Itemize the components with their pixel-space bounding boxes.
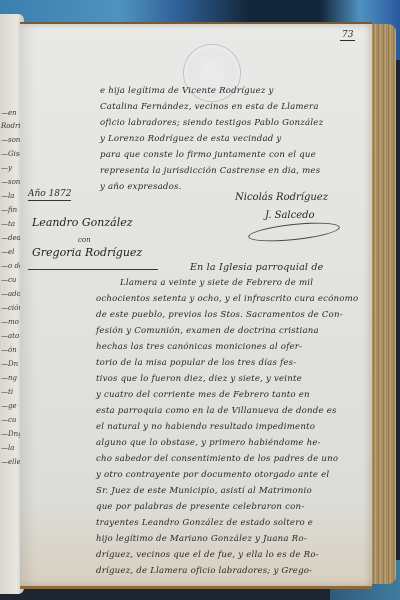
text-line: y año expresados. (100, 182, 182, 192)
folio-number: 73 (340, 30, 355, 41)
text-line: tivos que lo fueron diez, diez y siete, … (96, 374, 302, 384)
signature-second: J. Salcedo (265, 210, 315, 221)
margin-year: Año 1872 (28, 189, 71, 201)
text-line: Catalina Fernández, vecinos en esta de L… (100, 102, 319, 112)
text-line: el natural y no habiendo resultado imped… (96, 422, 315, 432)
margin-conjunction: con (78, 236, 91, 244)
left-page-fragment: —ón (1, 346, 17, 354)
signature-first: Nicolás Rodríguez (235, 192, 328, 203)
left-page-fragment: —ded (1, 234, 21, 242)
register-page: 73 e hija legítima de Vicente Rodríguez … (20, 22, 372, 589)
text-line: hijo legítimo de Mariano González y Juan… (96, 534, 307, 544)
text-line: trayentes Leandro González de estado sol… (96, 518, 313, 528)
left-page-fragment: —ado (1, 290, 21, 298)
left-page-fragment: —ge (1, 402, 17, 410)
text-line: En la Iglesia parroquial de (190, 262, 324, 273)
text-line: cho sabedor del consentimiento de los pa… (96, 454, 338, 464)
left-page-fragment: —Dn (1, 360, 18, 368)
left-page-fragment: —ta (1, 220, 15, 228)
left-page-fragment: —ato (1, 332, 19, 340)
left-page-fragment: —la (1, 192, 14, 200)
text-line: y cuatro del corriente mes de Febrero ta… (96, 390, 310, 400)
left-page-fragment: —en (1, 109, 17, 117)
text-line: ochocientos setenta y ocho, y el infrasc… (96, 294, 358, 304)
left-page-fragment: —mo (1, 318, 19, 326)
margin-bride-name: Gregoria Rodríguez (32, 246, 142, 259)
text-line: Sr. Juez de este Municipio, asistí al Ma… (96, 486, 312, 496)
left-page-fragment: —cu (1, 276, 16, 284)
text-line: y otro contrayente por documento otorgad… (96, 470, 329, 480)
left-page-fragment: —la (1, 444, 14, 452)
left-page-fragment: —fin (1, 206, 17, 214)
text-line: torio de la misa popular de los tres día… (96, 358, 296, 368)
text-line: esta parroquia como en la de Villanueva … (96, 406, 337, 416)
text-line: oficio labradores; siendo testigos Pablo… (100, 118, 323, 128)
text-line: que por palabras de presente celebraron … (96, 502, 304, 512)
left-page-fragment: —son (1, 178, 20, 186)
text-line: dríguez, vecinos que el de fue, y ella l… (96, 550, 319, 560)
text-line: de este pueblo, previos los Stos. Sacram… (96, 310, 343, 320)
margin-groom-name: Leandro González (32, 216, 133, 229)
signature-flourish (247, 219, 340, 245)
text-line: e hija legítima de Vicente Rodríguez y (100, 86, 274, 96)
text-line: representa la jurisdicción Castrense en … (100, 166, 320, 176)
margin-underline (28, 269, 158, 270)
left-page-fragment: —son (1, 136, 20, 144)
left-page-fragment: —y (1, 164, 12, 172)
text-line: y Lorenzo Rodríguez de esta vecindad y (100, 134, 282, 144)
text-line: hechas las tres canónicas moniciones al … (96, 342, 302, 352)
left-page-fragment: —elle (1, 458, 21, 466)
left-page-fragment: —ti (1, 388, 13, 396)
text-line: Llamera a veinte y siete de Febrero de m… (120, 278, 313, 288)
left-page-fragment: —el (1, 248, 14, 256)
left-page-fragment: —cu (1, 416, 16, 424)
text-line: para que conste lo firmo juntamente con … (100, 150, 316, 160)
text-line: dríguez, de Llamera oficio labradores; y… (96, 566, 312, 576)
text-line: alguno que lo obstase, y primero habiénd… (96, 438, 321, 448)
left-page-fragment: —ng (1, 374, 17, 382)
text-line: fesión y Comunión, examen de doctrina cr… (96, 326, 319, 336)
